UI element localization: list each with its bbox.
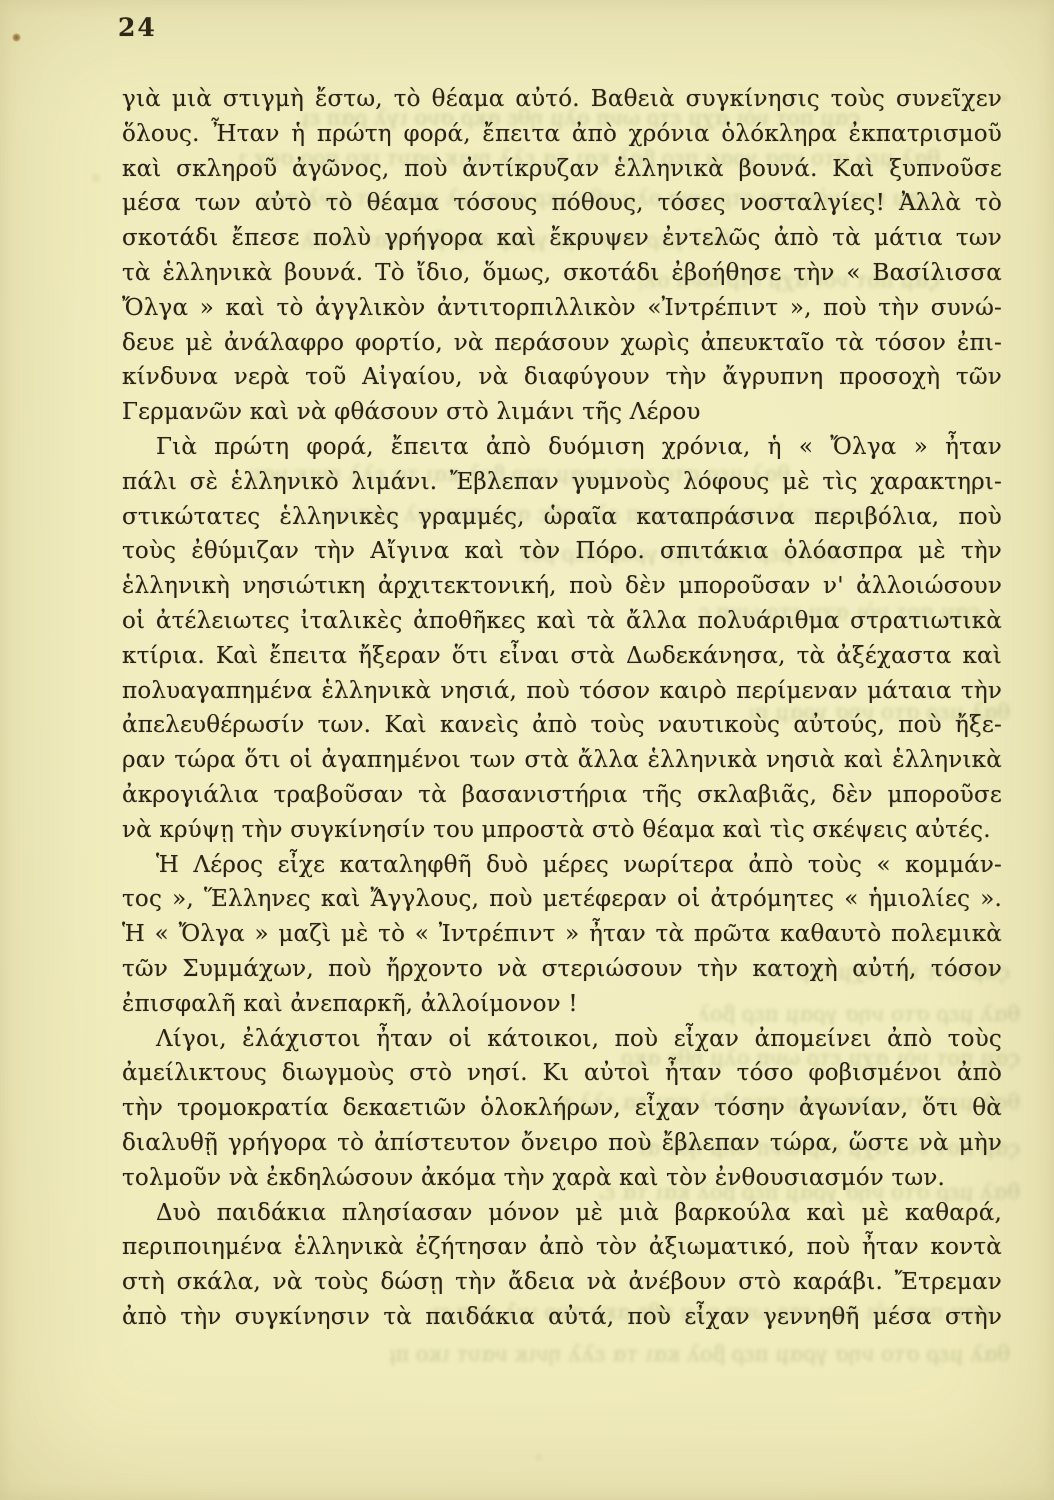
text-line: Ἡ Λέρος εἶχε καταληφθῆ δυὸ μέρες νωρίτερ… [122,848,1002,883]
text-line: οἱ ἀτέλειωτες ἰταλικὲς ἀποθῆκες καὶ τὰ ἄ… [122,604,1002,639]
text-line: κίνδυνα νερὰ τοῦ Αἰγαίου, νὰ διαφύγουν τ… [122,360,1002,395]
text-line: τὴν τρομοκρατία δεκαετιῶν ὁλοκλήρων, εἶχ… [122,1091,1002,1126]
text-line: τὰ ἑλληνικὰ βουνά. Τὸ ἴδιο, ὅμως, σκοτάδ… [122,256,1002,291]
paper-stain [532,1452,546,1462]
text-line: πάλι σὲ ἑλληνικὸ λιμάνι. Ἔβλεπαν γυμνοὺς… [122,465,1002,500]
text-line: ἀκρογιάλια τραβοῦσαν τὰ βασανιστήρια τῆς… [122,778,1002,813]
text-line: ραν τώρα ὅτι οἱ ἀγαπημένοι των στὰ ἄλλα … [122,743,1002,778]
text-line: νὰ κρύψῃ τὴν συγκίνησίν του μπροστὰ στὸ … [122,813,1002,848]
text-line: Ὄλγα » καὶ τὸ ἀγγλικὸν ἀντιτορπιλλικὸν «… [122,291,1002,326]
text-line: περιποιημένα ἑλληνικὰ ἐζήτησαν ἀπὸ τὸν ἀ… [122,1230,1002,1265]
page-number: 24 [118,13,157,42]
text-line: ἑλληνικὴ νησιώτικη ἀρχιτεκτονική, ποὺ δὲ… [122,569,1002,604]
text-line: ἀμείλικτους διωγμοὺς στὸ νησί. Κι αὐτοὶ … [122,1056,1002,1091]
text-line: Γιὰ πρώτη φορά, ἔπειτα ἀπὸ δυόμιση χρόνι… [122,430,1002,465]
text-line: ὅλους. Ἦταν ἡ πρώτη φορά, ἔπειτα ἀπὸ χρό… [122,117,1002,152]
text-line: τολμοῦν νὰ ἐκδηλώσουν ἀκόμα τὴν χαρὰ καὶ… [122,1161,1002,1196]
text-line: τῶν Συμμάχων, ποὺ ἤρχοντο νὰ στεριώσουν … [122,952,1002,987]
text-line: πολυαγαπημένα ἑλληνικὰ νησιά, ποὺ τόσον … [122,674,1002,709]
text-line: μέσα των αὐτὸ τὸ θέαμα τόσους πόθους, τό… [122,186,1002,221]
text-line: στικώτατες ἑλληνικὲς γραμμές, ὡραῖα κατα… [122,500,1002,535]
paper-stain [88,172,104,184]
text-line: ἀπὸ τὴν συγκίνησιν τὰ παιδάκια αὐτά, ποὺ… [122,1300,1002,1335]
text-line: ἐπισφαλῆ καὶ ἀνεπαρκῆ, ἀλλοίμονον ! [122,987,1002,1022]
text-line: τοὺς ἐθύμιζαν τὴν Αἴγινα καὶ τὸν Πόρο. σ… [122,534,1002,569]
text-line: τος », Ἕλληνες καὶ Ἄγγλους, ποὺ μετέφερα… [122,882,1002,917]
text-line: Δυὸ παιδάκια πλησίασαν μόνον μὲ μιὰ βαρκ… [122,1196,1002,1231]
text-line: Γερμανῶν καὶ νὰ φθάσουν στὸ λιμάνι τῆς Λ… [122,395,1002,430]
text-line: καὶ σκληροῦ ἀγῶνος, ποὺ ἀντίκρυζαν ἑλλην… [122,152,1002,187]
text-line: Ἡ « Ὄλγα » μαζὶ μὲ τὸ « Ἰντρέπιντ » ἦταν… [122,917,1002,952]
text-line: σκοτάδι ἔπεσε πολὺ γρήγορα καὶ ἔκρυψεν ἐ… [122,221,1002,256]
show-through-line [390,1342,1010,1372]
text-line: γιὰ μιὰ στιγμὴ ἔστω, τὸ θέαμα αὐτό. Βαθε… [122,82,1002,117]
text-line: ἀπελευθέρωσίν των. Καὶ κανεὶς ἀπὸ τοὺς ν… [122,708,1002,743]
text-line: Λίγοι, ἐλάχιστοι ἦταν οἱ κάτοικοι, ποὺ ε… [122,1022,1002,1057]
text-line: στὴ σκάλα, νὰ τοὺς δώσῃ τὴν ἄδεια νὰ ἀνέ… [122,1265,1002,1300]
text-line: δευε μὲ ἀνάλαφρο φορτίο, νὰ περάσουν χωρ… [122,326,1002,361]
text-line: διαλυθῇ γρήγορα τὸ ἀπίστευτον ὄνειρο ποὺ… [122,1126,1002,1161]
text-block: γιὰ μιὰ στιγμὴ ἔστω, τὸ θέαμα αὐτό. Βαθε… [122,82,1002,1335]
text-line: κτίρια. Καὶ ἔπειτα ἤξεραν ὅτι εἶναι στὰ … [122,639,1002,674]
paper-stain [12,33,21,42]
book-page: { "page": { "number": "24", "paper_color… [0,0,1054,1500]
